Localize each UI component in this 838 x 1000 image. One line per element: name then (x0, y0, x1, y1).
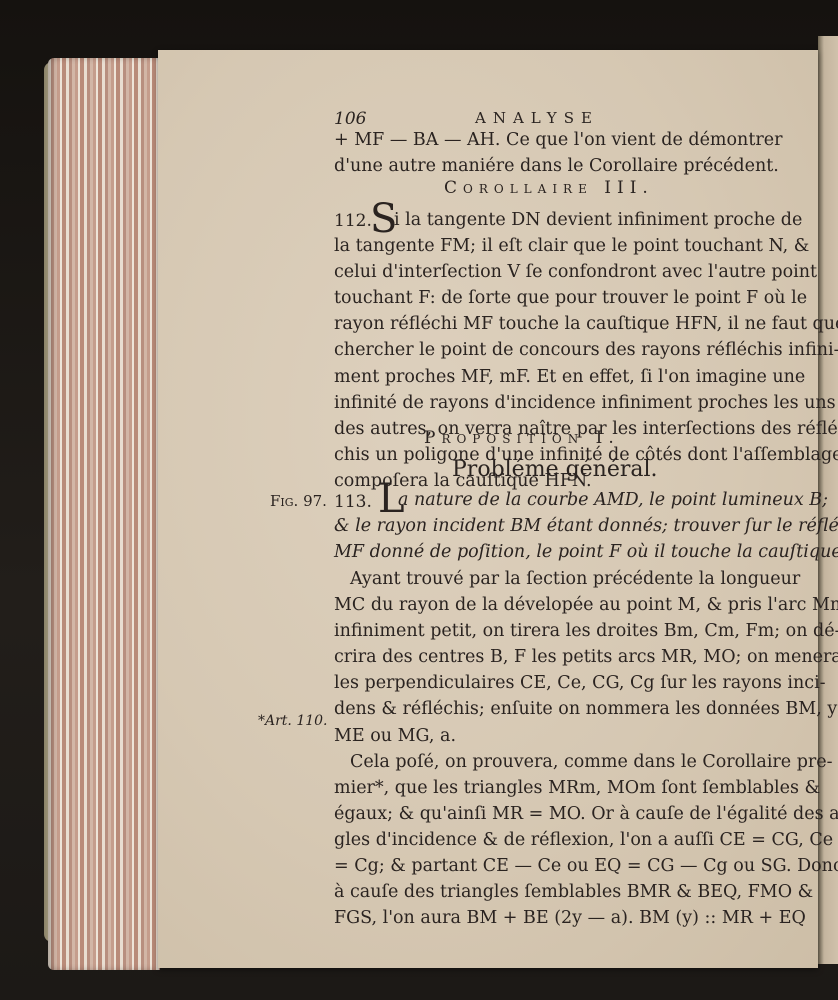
proposition-statement: a nature de la courbe AMD, le point lumi… (334, 487, 772, 565)
text-line: celui d'interſection V ſe confondront av… (334, 259, 772, 285)
text-line: ME ou MG, a. (334, 723, 772, 749)
text-line: égaux; & qu'ainſi MR = MO. Or à cauſe de… (334, 801, 772, 827)
text-line: la tangente FM; il eſt clair que le poin… (334, 233, 772, 259)
text-line: rayon réfléchi MF touche la cauſtique HF… (334, 311, 772, 337)
corollary-heading: Corollaire III. (444, 178, 654, 198)
text-line: MC du rayon de la dévelopée au point M, … (334, 592, 772, 618)
text-line: crira des centres B, F les petits arcs M… (334, 644, 772, 670)
text-line: chercher le point de concours des rayons… (334, 337, 772, 363)
text-line: les perpendiculaires CE, Ce, CG, Cg ſur … (334, 670, 772, 696)
continuation-block: + MF — BA — AH. Ce que l'on vient de dém… (334, 127, 772, 179)
text-line: & le rayon incident BM étant donnés; tro… (334, 513, 772, 539)
text-line: mier*, que les triangles MRm, MOm ſont ſ… (334, 775, 772, 801)
text-line: a nature de la courbe AMD, le point lumi… (334, 487, 772, 513)
text-line: touchant F: de ſorte que pour trouver le… (334, 285, 772, 311)
page-edge-stack (48, 58, 160, 970)
text-line: Ayant trouvé par la ſection précédente l… (334, 566, 772, 592)
figure-margin-note: Fig. 97. (270, 492, 327, 510)
text-line: infiniment petit, on tirera les droites … (334, 618, 772, 644)
text-line: MF donné de poſition, le point F où il t… (334, 539, 772, 565)
text-line: = Cg; & partant CE — Ce ou EQ = CG — Cg … (334, 853, 772, 879)
text-line: FGS, l'on aura BM + BE (2y — a). BM (y) … (334, 905, 772, 931)
corollary-body: i la tangente DN devient infiniment proc… (334, 207, 772, 494)
page-number: 106 (334, 109, 366, 129)
proposition-subheading: Probléme général. (452, 457, 658, 482)
proposition-heading: Proposition I. (424, 428, 620, 448)
footnote-margin-reference: *Art. 110. (258, 713, 328, 729)
text-line: Cela poſé, on prouvera, comme dans le Co… (334, 749, 772, 775)
text-line: gles d'incidence & de réflexion, l'on a … (334, 827, 772, 853)
text-line: à cauſe des triangles ſemblables BMR & B… (334, 879, 772, 905)
text-line: d'une autre maniére dans le Corollaire p… (334, 153, 772, 179)
proposition-body: Ayant trouvé par la ſection précédente l… (334, 566, 772, 931)
text-line: ment proches MF, mF. Et en effet, ſi l'o… (334, 364, 772, 390)
text-line: dens & réfléchis; enſuite on nommera les… (334, 696, 772, 722)
text-line: infinité de rayons d'incidence infinimen… (334, 390, 772, 416)
text-line: + MF — BA — AH. Ce que l'on vient de dém… (334, 127, 772, 153)
text-line: i la tangente DN devient infiniment proc… (334, 207, 772, 233)
running-title: ANALYSE (475, 109, 599, 127)
